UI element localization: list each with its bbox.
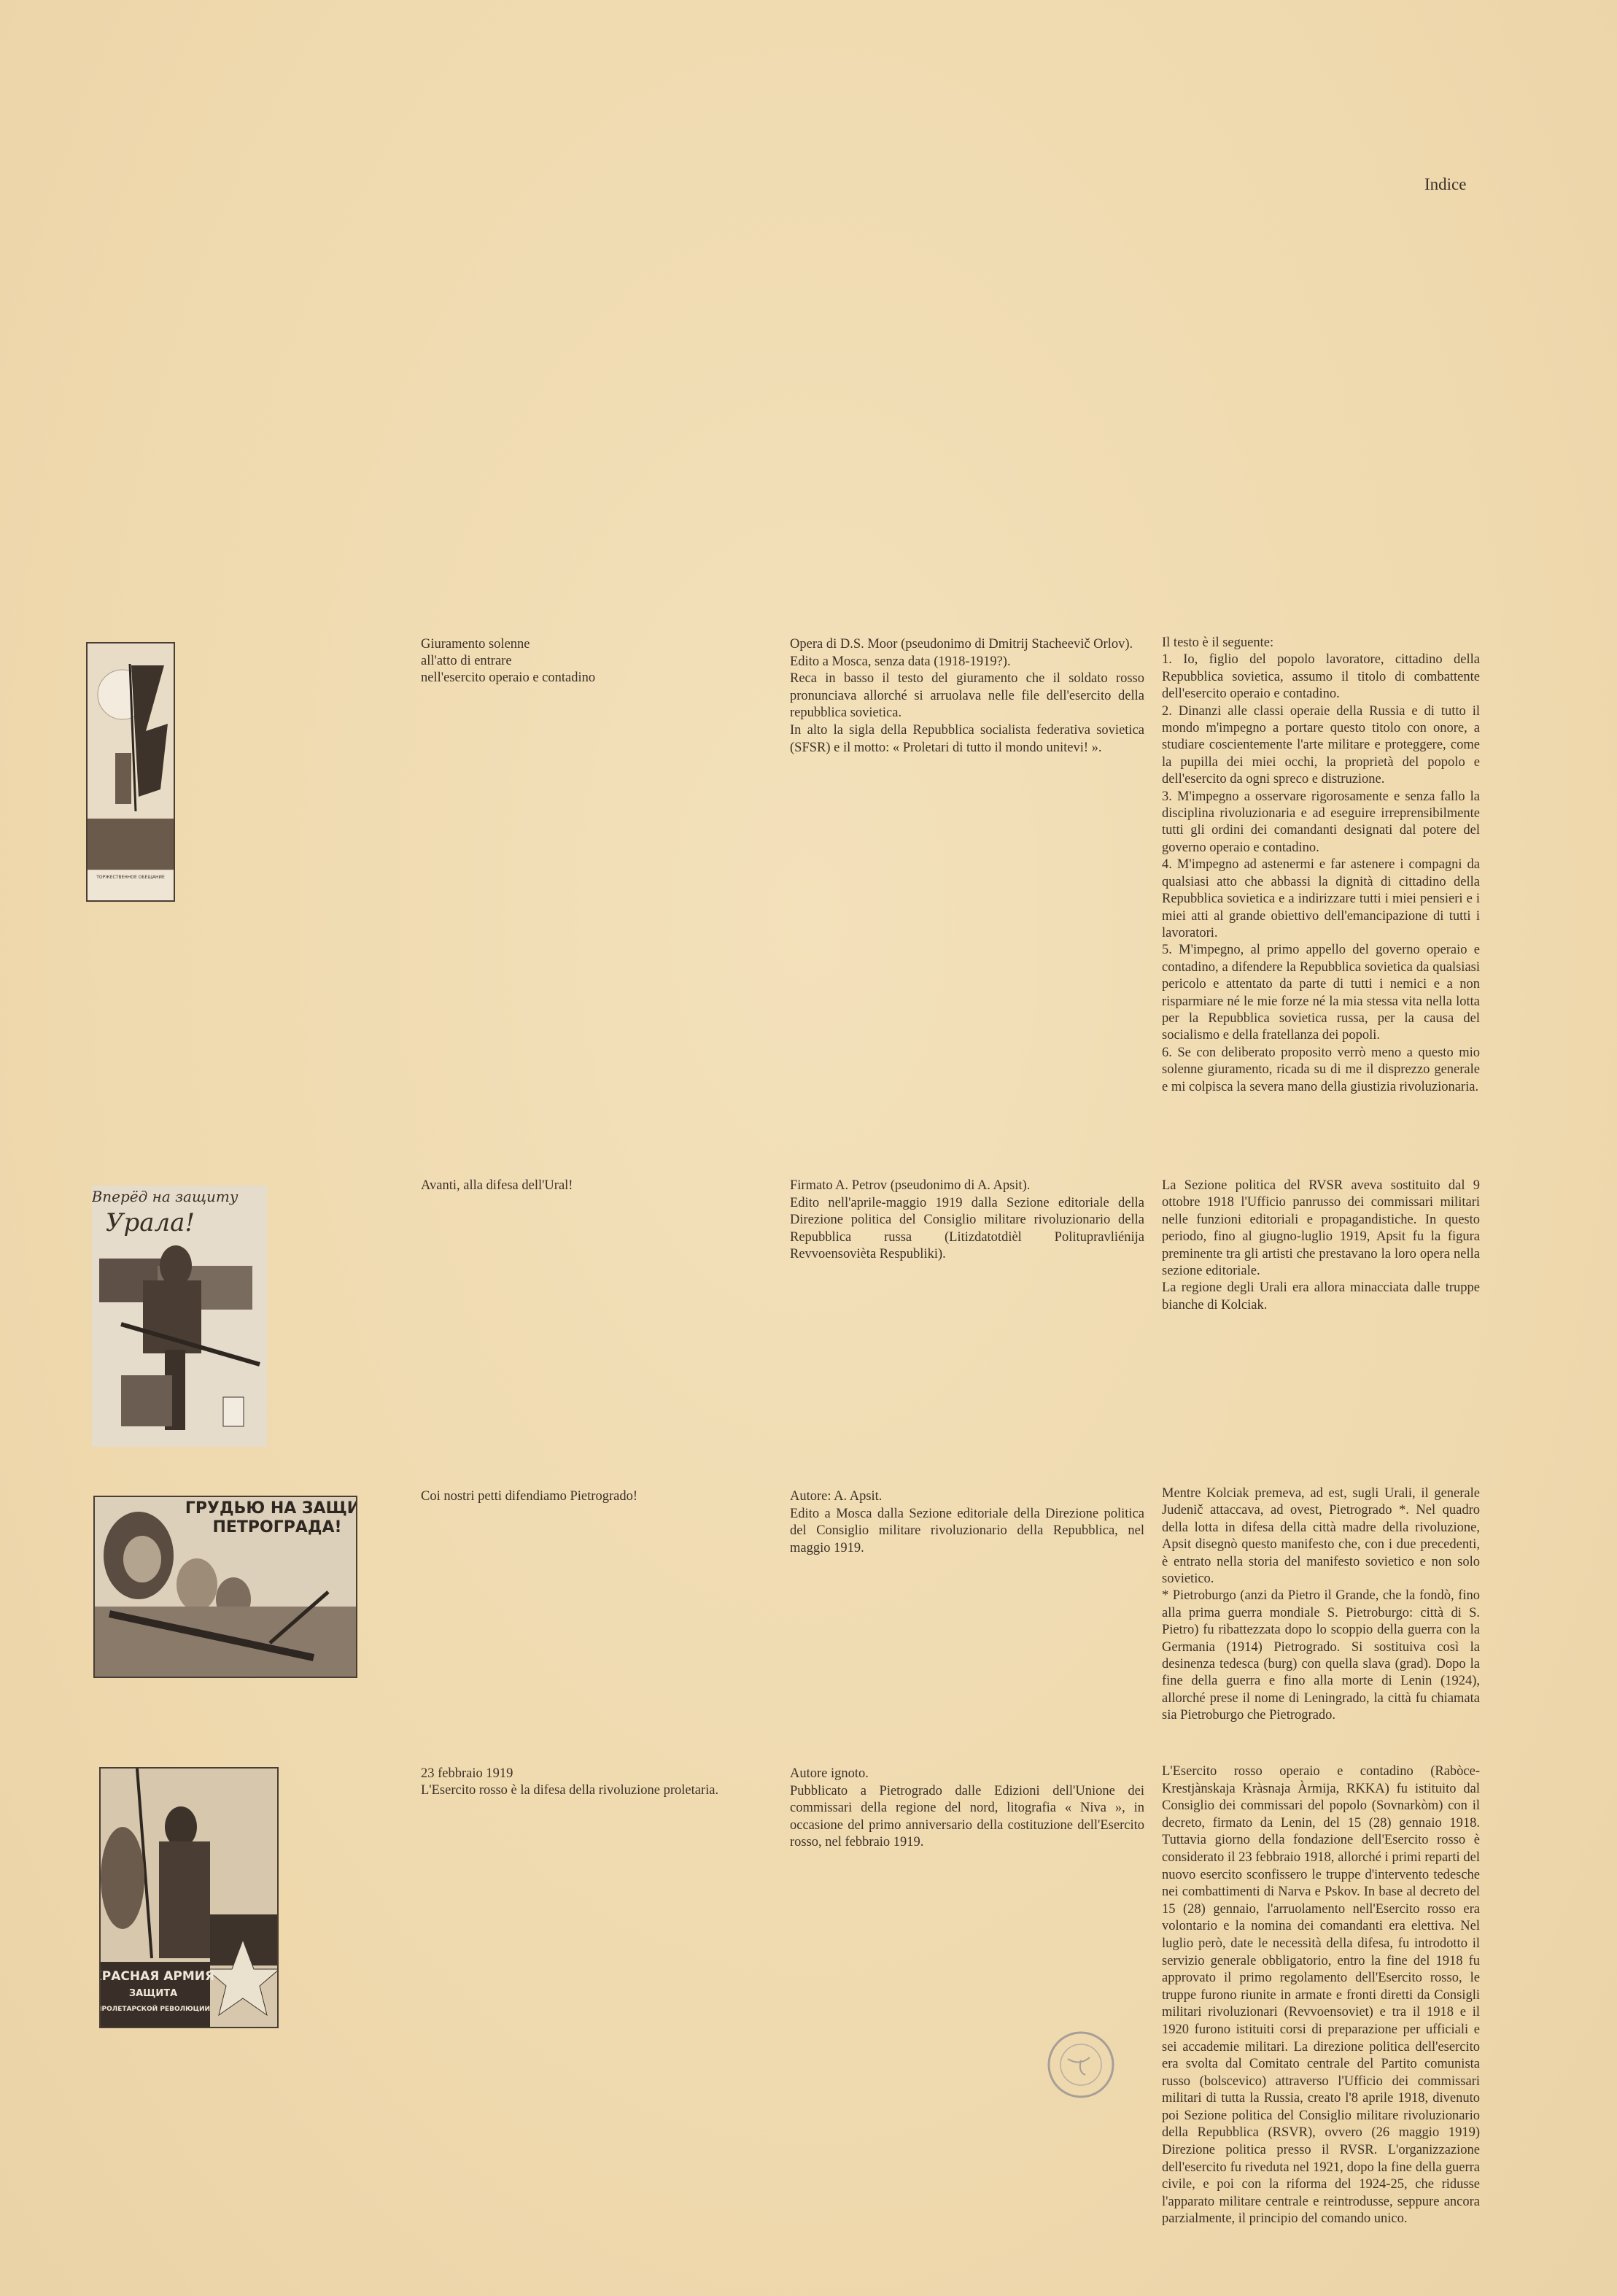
svg-text:ПЕТРОГРАДА!: ПЕТРОГРАДА! — [212, 1518, 341, 1537]
page-header-title: Indice — [1424, 175, 1466, 194]
title-line: Coi nostri petti difendiamo Pietrogrado! — [421, 1488, 713, 1505]
entry-details: Autore ignoto. Pubblicato a Pietrogrado … — [790, 1766, 1144, 1852]
details-paragraph: Firmato A. Petrov (pseudonimo di A. Apsi… — [790, 1178, 1144, 1195]
svg-text:ПРОЛЕТАРСКОЙ РЕВОЛЮЦИИ: ПРОЛЕТАРСКОЙ РЕВОЛЮЦИИ — [101, 2004, 210, 2013]
entry-details: Opera di D.S. Moor (pseudonimo di Dmitri… — [790, 636, 1144, 757]
notes-paragraph: La regione degli Urali era allora minacc… — [1162, 1280, 1480, 1314]
poster-thumbnail: КРАСНАЯ АРМИЯ ЗАЩИТА ПРОЛЕТАРСКОЙ РЕВОЛЮ… — [99, 1767, 279, 2028]
title-date: 23 febbraio 1919 — [421, 1766, 734, 1782]
notes-paragraph: Mentre Kolciak premeva, ad est, sugli Ur… — [1162, 1485, 1480, 1588]
details-paragraph: Edito a Mosca dalla Sezione editoriale d… — [790, 1506, 1144, 1558]
poster-soldier-image: Вперёд на защиту Урала! — [92, 1186, 267, 1447]
details-paragraph: Pubblicato a Pietrogrado dalle Edizioni … — [790, 1783, 1144, 1852]
title-line: all'atto di entrare — [421, 653, 713, 670]
details-paragraph: Autore: A. Apsit. — [790, 1488, 1144, 1506]
poster-thumbnail: ГРУДЬЮ НА ЗАЩИТУ ПЕТРОГРАДА! — [93, 1496, 357, 1678]
entry-notes: Mentre Kolciak premeva, ad est, sugli Ur… — [1162, 1485, 1480, 1725]
entry-notes: La Sezione politica del RVSR aveva sosti… — [1162, 1178, 1480, 1314]
details-paragraph: In alto la sigla della Repubblica social… — [790, 722, 1144, 757]
svg-text:КРАСНАЯ АРМИЯ: КРАСНАЯ АРМИЯ — [101, 1969, 214, 1984]
notes-paragraph: Il testo è il seguente: — [1162, 635, 1480, 652]
notes-paragraph: La Sezione politica del RVSR aveva sosti… — [1162, 1178, 1480, 1280]
details-paragraph: Opera di D.S. Moor (pseudonimo di Dmitri… — [790, 636, 1144, 654]
details-paragraph: Autore ignoto. — [790, 1766, 1144, 1783]
poster-crowd-image: ГРУДЬЮ НА ЗАЩИТУ ПЕТРОГРАДА! — [95, 1497, 356, 1677]
title-line: nell'esercito operaio e contadino — [421, 670, 713, 687]
notes-paragraph: 4. M'impegno ad astenermi e far astenere… — [1162, 857, 1480, 942]
notes-paragraph: L'Esercito rosso operaio e contadino (Ra… — [1162, 1763, 1480, 2228]
entry-details: Firmato A. Petrov (pseudonimo di A. Apsi… — [790, 1178, 1144, 1264]
entry-title: Giuramento solenne all'atto di entrare n… — [421, 636, 713, 687]
details-paragraph: Edito nell'aprile-maggio 1919 dalla Sezi… — [790, 1195, 1144, 1264]
library-stamp-icon — [1044, 2028, 1117, 2101]
poster-thumbnail: Вперёд на защиту Урала! — [92, 1186, 267, 1447]
svg-text:Урала!: Урала! — [106, 1208, 195, 1237]
title-line: Avanti, alla difesa dell'Ural! — [421, 1178, 713, 1194]
entry-notes: L'Esercito rosso operaio e contadino (Ra… — [1162, 1763, 1480, 2228]
poster-thumbnail: ТОРЖЕСТВЕННОЕ ОБЕЩАНИЕ — [86, 642, 175, 902]
svg-text:ГРУДЬЮ НА ЗАЩИТУ: ГРУДЬЮ НА ЗАЩИТУ — [185, 1499, 356, 1518]
details-paragraph: Edito a Mosca, senza data (1918-1919?). — [790, 654, 1144, 671]
details-paragraph: Reca in basso il testo del giuramento ch… — [790, 670, 1144, 722]
entry-notes: Il testo è il seguente: 1. Io, figlio de… — [1162, 635, 1480, 1096]
notes-paragraph: 1. Io, figlio del popolo lavoratore, cit… — [1162, 652, 1480, 703]
notes-paragraph: * Pietroburgo (anzi da Pietro il Grande,… — [1162, 1588, 1480, 1724]
svg-text:Вперёд на защиту: Вперёд на защиту — [92, 1188, 239, 1205]
notes-paragraph: 6. Se con deliberato proposito verrò men… — [1162, 1045, 1480, 1096]
title-line: Giuramento solenne — [421, 636, 713, 653]
poster-red-army-image: КРАСНАЯ АРМИЯ ЗАЩИТА ПРОЛЕТАРСКОЙ РЕВОЛЮ… — [101, 1769, 277, 2027]
entry-title: Avanti, alla difesa dell'Ural! — [421, 1178, 713, 1194]
entry-details: Autore: A. Apsit. Edito a Mosca dalla Se… — [790, 1488, 1144, 1557]
svg-text:ТОРЖЕСТВЕННОЕ ОБЕЩАНИЕ: ТОРЖЕСТВЕННОЕ ОБЕЩАНИЕ — [96, 875, 165, 880]
svg-text:ЗАЩИТА: ЗАЩИТА — [129, 1988, 177, 1999]
notes-paragraph: 3. M'impegno a osservare rigorosamente e… — [1162, 789, 1480, 857]
entry-title: Coi nostri petti difendiamo Pietrogrado! — [421, 1488, 713, 1505]
entry-title: 23 febbraio 1919 L'Esercito rosso è la d… — [421, 1766, 734, 1799]
notes-paragraph: 2. Dinanzi alle classi operaie della Rus… — [1162, 703, 1480, 789]
poster-flag-image: ТОРЖЕСТВЕННОЕ ОБЕЩАНИЕ — [88, 643, 174, 900]
notes-paragraph: 5. M'impegno, al primo appello del gover… — [1162, 942, 1480, 1044]
title-line: L'Esercito rosso è la difesa della rivol… — [421, 1782, 734, 1799]
